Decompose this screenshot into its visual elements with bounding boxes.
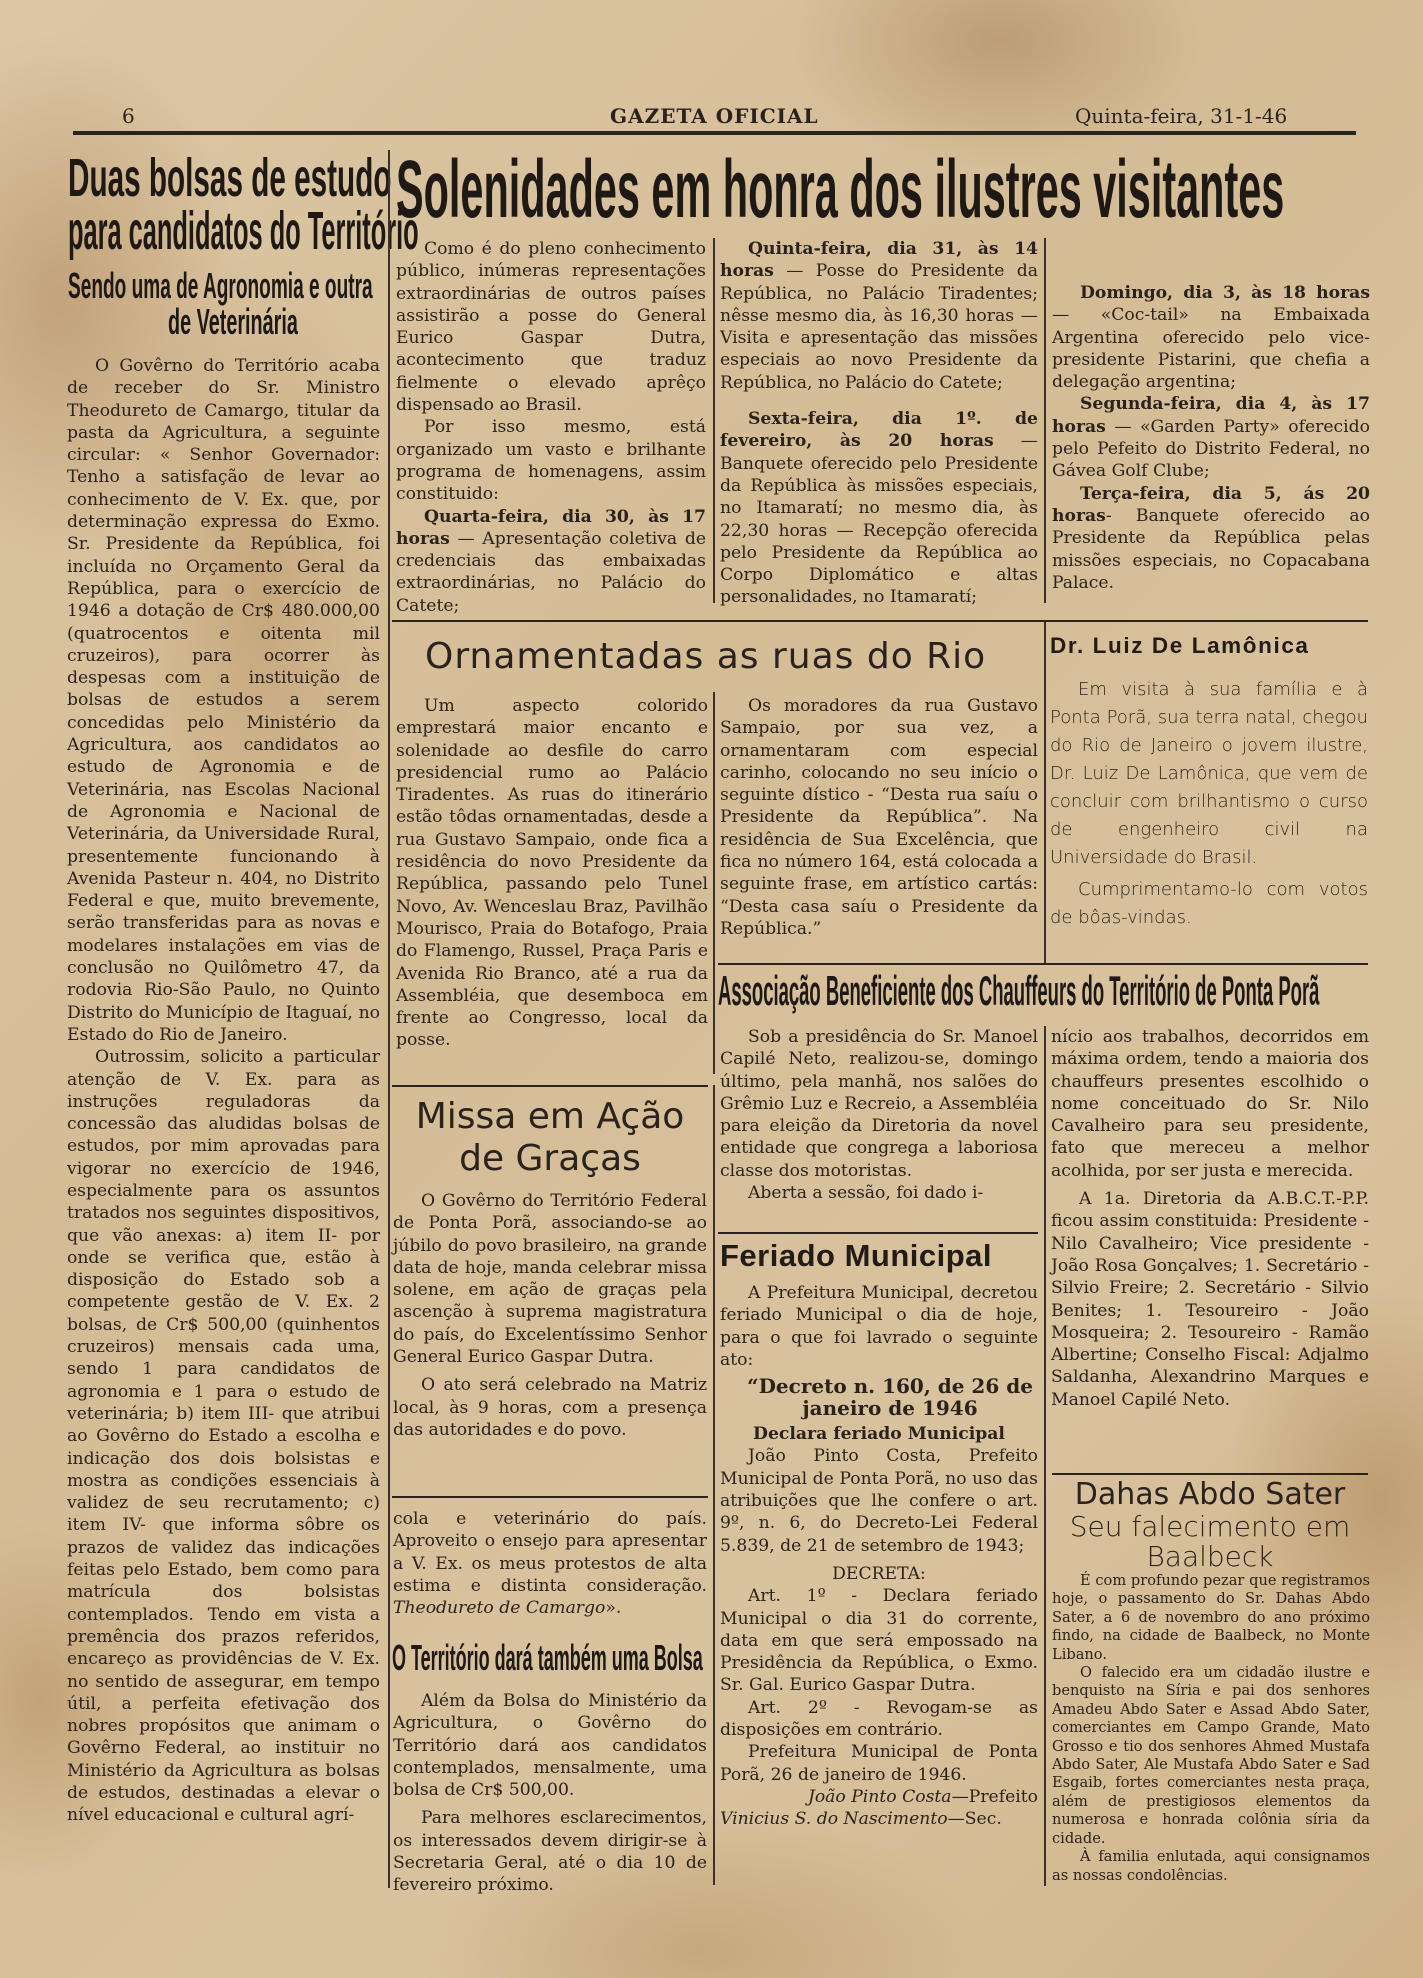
territorio-bolsa-headline: O Território dará também uma Bolsa <box>392 1640 703 1676</box>
bolsas-paragraph: Outrossim, solicito a particular atenção… <box>67 1046 380 1826</box>
sater-subhead: Seu falecimento em Baalbeck <box>1048 1512 1372 1572</box>
sater-paragraph: O falecido era um cidadão ilustre e benq… <box>1052 1664 1370 1848</box>
sater-paragraph: É com profundo pezar que registramos hoj… <box>1052 1572 1370 1664</box>
schedule-item: Segunda-feira, dia 4, às 17 horas — «Gar… <box>1052 393 1370 482</box>
signature-name: João Pinto Costa <box>808 1787 952 1807</box>
chauffeurs-paragraph: Aberta a sessão, foi dado i- <box>720 1182 1038 1204</box>
territorio-bolsa-paragraph: Além da Bolsa do Ministério da Agricultu… <box>393 1690 707 1801</box>
territorio-bolsa-paragraph: Para melhores esclarecimentos, os intere… <box>393 1807 707 1896</box>
missa-paragraph: O Govêrno do Território Federal de Ponta… <box>393 1190 707 1368</box>
chauffeurs-headline-wrap: Associação Beneficiente dos Chauffeurs d… <box>718 970 1368 1014</box>
decree-title: “Decreto n. 160, de 26 de janeiro de 194… <box>720 1375 1038 1419</box>
section-rule <box>718 963 1368 965</box>
decree-article: Art. 2º - Revogam-se as disposições em c… <box>720 1697 1038 1742</box>
territorio-bolsa-headline-wrap: O Território dará também uma Bolsa <box>392 1640 712 1678</box>
ornamentadas-col2: Os moradores da rua Gustavo Sampaio, por… <box>720 695 1038 940</box>
sater-subhead-line1: Seu falecimento em <box>1048 1512 1372 1542</box>
chauffeurs-paragraph: nício aos trabalhos, decorridos em máxim… <box>1051 1026 1369 1182</box>
territorio-bolsa-body: Além da Bolsa do Ministério da Agricultu… <box>393 1690 707 1897</box>
section-rule <box>392 1496 708 1498</box>
decree-signature: João Pinto Costa—Prefeito <box>720 1786 1038 1808</box>
solenidades-col2: Quinta-feira, dia 31, às 14 horas — Poss… <box>720 238 1038 609</box>
decree-subtitle: Declara feriado Municipal <box>720 1423 1038 1445</box>
decree-place-date: Prefeitura Municipal de Ponta Porã, 26 d… <box>720 1741 1038 1786</box>
column-divider <box>1044 1026 1046 1466</box>
bolsas-subhead-line2: de Veterinária <box>168 304 298 340</box>
bolsas-signature: Theodureto de Camargo <box>393 1598 605 1618</box>
bolsas-signature-close: ». <box>605 1598 621 1618</box>
lamonica-body: Em visita à sua família e à Ponta Porã, … <box>1050 676 1368 932</box>
missa-headline-line2: de Graças <box>392 1138 708 1180</box>
solenidades-col1: Como é do pleno conhecimento público, in… <box>396 238 706 617</box>
sater-body: É com profundo pezar que registramos hoj… <box>1052 1572 1370 1885</box>
column-divider <box>1044 1466 1046 1886</box>
bolsas-paragraph: O Govêrno do Território acaba de receber… <box>67 355 380 1046</box>
masthead-rule <box>73 131 1356 135</box>
solenidades-paragraph: Como é do pleno conhecimento público, in… <box>396 238 706 416</box>
ornamentadas-paragraph: Os moradores da rua Gustavo Sampaio, por… <box>720 695 1038 940</box>
ornamentadas-col1: Um aspecto colorido emprestará maior enc… <box>396 695 708 1052</box>
schedule-what: — «Coc-tail» na Embaixada Argentina ofer… <box>1052 305 1370 392</box>
missa-headline: Missa em Ação de Graças <box>392 1096 708 1180</box>
section-rule <box>392 620 1368 622</box>
chauffeurs-col1: Sob a presidência do Sr. Manoel Capilé N… <box>720 1026 1038 1204</box>
feriado-intro: A Prefeitura Municipal, decretou feriado… <box>720 1282 1038 1371</box>
feriado-body: A Prefeitura Municipal, decretou feriado… <box>720 1282 1038 1831</box>
column-divider <box>1044 622 1046 965</box>
solenidades-headline: Solenidades em honra dos ilustres visita… <box>396 150 1284 230</box>
signature-name: Vinicius S. do Nascimento <box>720 1809 948 1829</box>
chauffeurs-paragraph: Sob a presidência do Sr. Manoel Capilé N… <box>720 1026 1038 1182</box>
schedule-when: Sexta-feira, dia 1º. de fevereiro, às 20… <box>720 409 1038 451</box>
missa-body: O Govêrno do Território Federal de Ponta… <box>393 1190 707 1441</box>
feriado-headline: Feriado Municipal <box>720 1238 992 1274</box>
bolsas-closing-text: cola e veterinário do país. Aproveito o … <box>393 1509 707 1596</box>
lamonica-paragraph: Cumprimentamo-lo com votos de bôas-vinda… <box>1050 876 1368 932</box>
section-rule <box>392 1085 708 1087</box>
ornamentadas-paragraph: Um aspecto colorido emprestará maior enc… <box>396 695 708 1052</box>
solenidades-headline-wrap: Solenidades em honra dos ilustres visita… <box>396 150 1366 230</box>
signature-role: —Sec. <box>948 1809 1002 1829</box>
sater-headline: Dahas Abdo Sater <box>1048 1478 1372 1512</box>
chauffeurs-headline: Associação Beneficiente dos Chauffeurs d… <box>718 970 1319 1012</box>
bolsas-closing: cola e veterinário do país. Aproveito o … <box>393 1508 707 1619</box>
decree-preamble: João Pinto Costa, Prefeito Municipal de … <box>720 1445 1038 1556</box>
schedule-item: Quarta-feira, dia 30, às 17 horas — Apre… <box>396 506 706 617</box>
schedule-what: — Banquete oferecido pelo Presidente da … <box>720 431 1038 607</box>
missa-paragraph: O ato será celebrado na Matriz local, às… <box>393 1374 707 1441</box>
signature-role: —Prefeito <box>952 1787 1038 1807</box>
schedule-item: Terça-feira, dia 5, ás 20 horas- Banquet… <box>1052 483 1370 594</box>
lamonica-headline: Dr. Luiz De Lamônica <box>1050 633 1310 659</box>
ornamentadas-headline: Ornamentadas as ruas do Rio <box>425 636 986 677</box>
issue-date: Quinta-feira, 31-1-46 <box>1075 104 1287 128</box>
decree-decreta: DECRETA: <box>720 1563 1038 1585</box>
schedule-item: Sexta-feira, dia 1º. de fevereiro, às 20… <box>720 408 1038 609</box>
bolsas-continuation: cola e veterinário do país. Aproveito o … <box>393 1508 707 1619</box>
column-divider <box>1044 238 1046 603</box>
missa-headline-line1: Missa em Ação <box>392 1096 708 1138</box>
bolsas-headline-line1: Duas bolsas de estudo <box>68 152 391 204</box>
solenidades-col3: Domingo, dia 3, às 18 horas — «Coc-tail»… <box>1052 282 1370 594</box>
solenidades-paragraph: Por isso mesmo, está organizado um vasto… <box>396 416 706 505</box>
schedule-item: Domingo, dia 3, às 18 horas — «Coc-tail»… <box>1052 282 1370 393</box>
article-bolsas: Duas bolsas de estudo para candidatos do… <box>68 152 383 340</box>
bolsas-body: O Govêrno do Território acaba de receber… <box>67 355 380 1827</box>
decree-article: Art. 1º - Declara feriado Municipal o di… <box>720 1585 1038 1696</box>
sater-subhead-line2: Baalbeck <box>1048 1542 1372 1572</box>
publication-name: GAZETA OFICIAL <box>610 104 819 128</box>
schedule-item: Quinta-feira, dia 31, às 14 horas — Poss… <box>720 238 1038 394</box>
column-divider <box>388 150 390 1888</box>
column-divider <box>713 692 715 1074</box>
schedule-when: Domingo, dia 3, às 18 horas <box>1080 283 1370 303</box>
column-divider <box>713 238 715 603</box>
section-rule <box>1052 1473 1368 1475</box>
bolsas-headline-line2: para candidatos do Território <box>68 204 419 258</box>
decree-signature: Vinicius S. do Nascimento—Sec. <box>720 1808 1038 1830</box>
chauffeurs-paragraph: A 1a. Diretoria da A.B.C.T.-P.P. ficou a… <box>1051 1188 1369 1411</box>
sater-paragraph: À familia enlutada, aqui consignamos as … <box>1052 1848 1370 1885</box>
lamonica-paragraph: Em visita à sua família e à Ponta Porã, … <box>1050 676 1368 872</box>
bolsas-subhead-line1: Sendo uma de Agronomia e outra <box>68 268 373 304</box>
column-divider <box>713 1085 715 1885</box>
chauffeurs-col2: nício aos trabalhos, decorridos em máxim… <box>1051 1026 1369 1411</box>
page-number: 6 <box>122 104 135 128</box>
section-rule <box>718 1232 1038 1234</box>
